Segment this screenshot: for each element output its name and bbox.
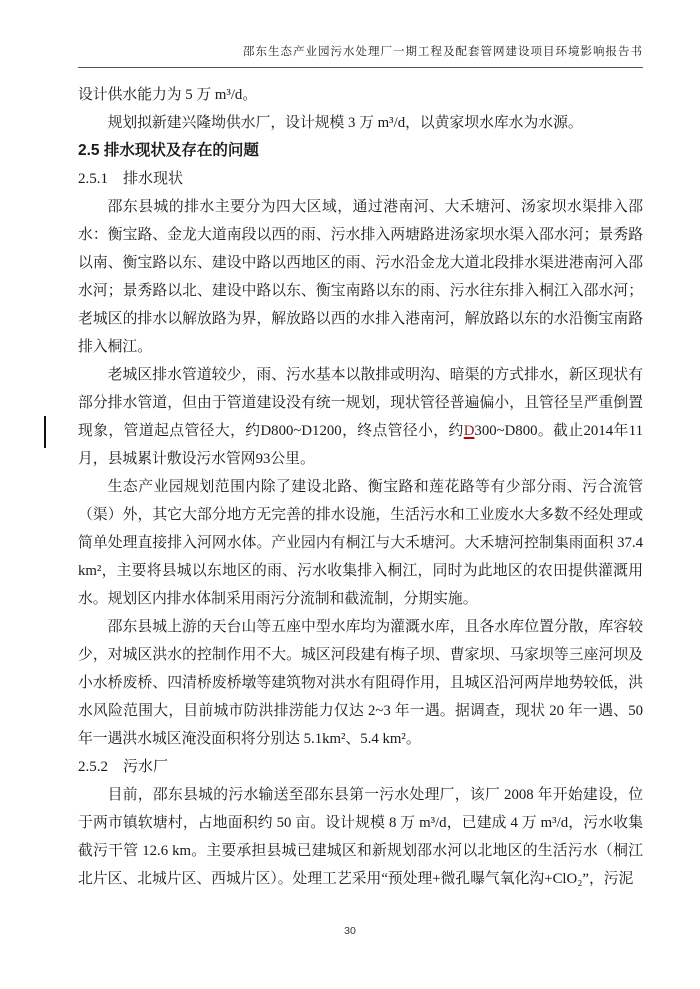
spellcheck-marked-letter: D xyxy=(464,423,475,439)
page-footer: 30 xyxy=(0,924,700,938)
section-heading-2-5-2: 2.5.2 污水厂 xyxy=(78,753,643,781)
revision-change-bar xyxy=(44,416,46,448)
section-heading-2-5: 2.5 排水现状及存在的问题 xyxy=(78,137,643,165)
page-number: 30 xyxy=(344,925,356,937)
paragraph-water-supply: 设计供水能力为 5 万 m³/d。 xyxy=(78,81,643,109)
section-heading-2-5-1: 2.5.1 排水现状 xyxy=(78,165,643,193)
paragraph-industrial-park: 生态产业园规划范围内除了建设北路、衡宝路和莲花路等有少部分雨、污合流管（渠）外，… xyxy=(78,473,643,613)
paragraph-sewage-plant: 目前，邵东县城的污水输送至邵东县第一污水处理厂，该厂 2008 年开始建设，位于… xyxy=(78,781,643,893)
paragraph-new-plant: 规划拟新建兴隆坳供水厂，设计规模 3 万 m³/d，以黄家坝水库水为水源。 xyxy=(78,109,643,137)
header-title: 邵东生态产业园污水处理厂一期工程及配套管网建设项目环境影响报告书 xyxy=(243,46,643,58)
paragraph-drainage-regions: 邵东县城的排水主要分为四大区域，通过港南河、大禾塘河、汤家坝水渠排入邵水：衡宝路… xyxy=(78,193,643,361)
document-page: 邵东生态产业园污水处理厂一期工程及配套管网建设项目环境影响报告书 设计供水能力为… xyxy=(0,0,700,989)
paragraph-pipes: 老城区排水管道较少，雨、污水基本以散排或明沟、暗渠的方式排水，新区现状有部分排水… xyxy=(78,361,643,473)
document-body: 设计供水能力为 5 万 m³/d。 规划拟新建兴隆坳供水厂，设计规模 3 万 m… xyxy=(78,81,643,893)
page-header: 邵东生态产业园污水处理厂一期工程及配套管网建设项目环境影响报告书 xyxy=(78,44,643,68)
paragraph-flood: 邵东县城上游的天台山等五座中型水库均为灌溉水库，且各水库位置分散，库容较少，对城… xyxy=(78,613,643,753)
